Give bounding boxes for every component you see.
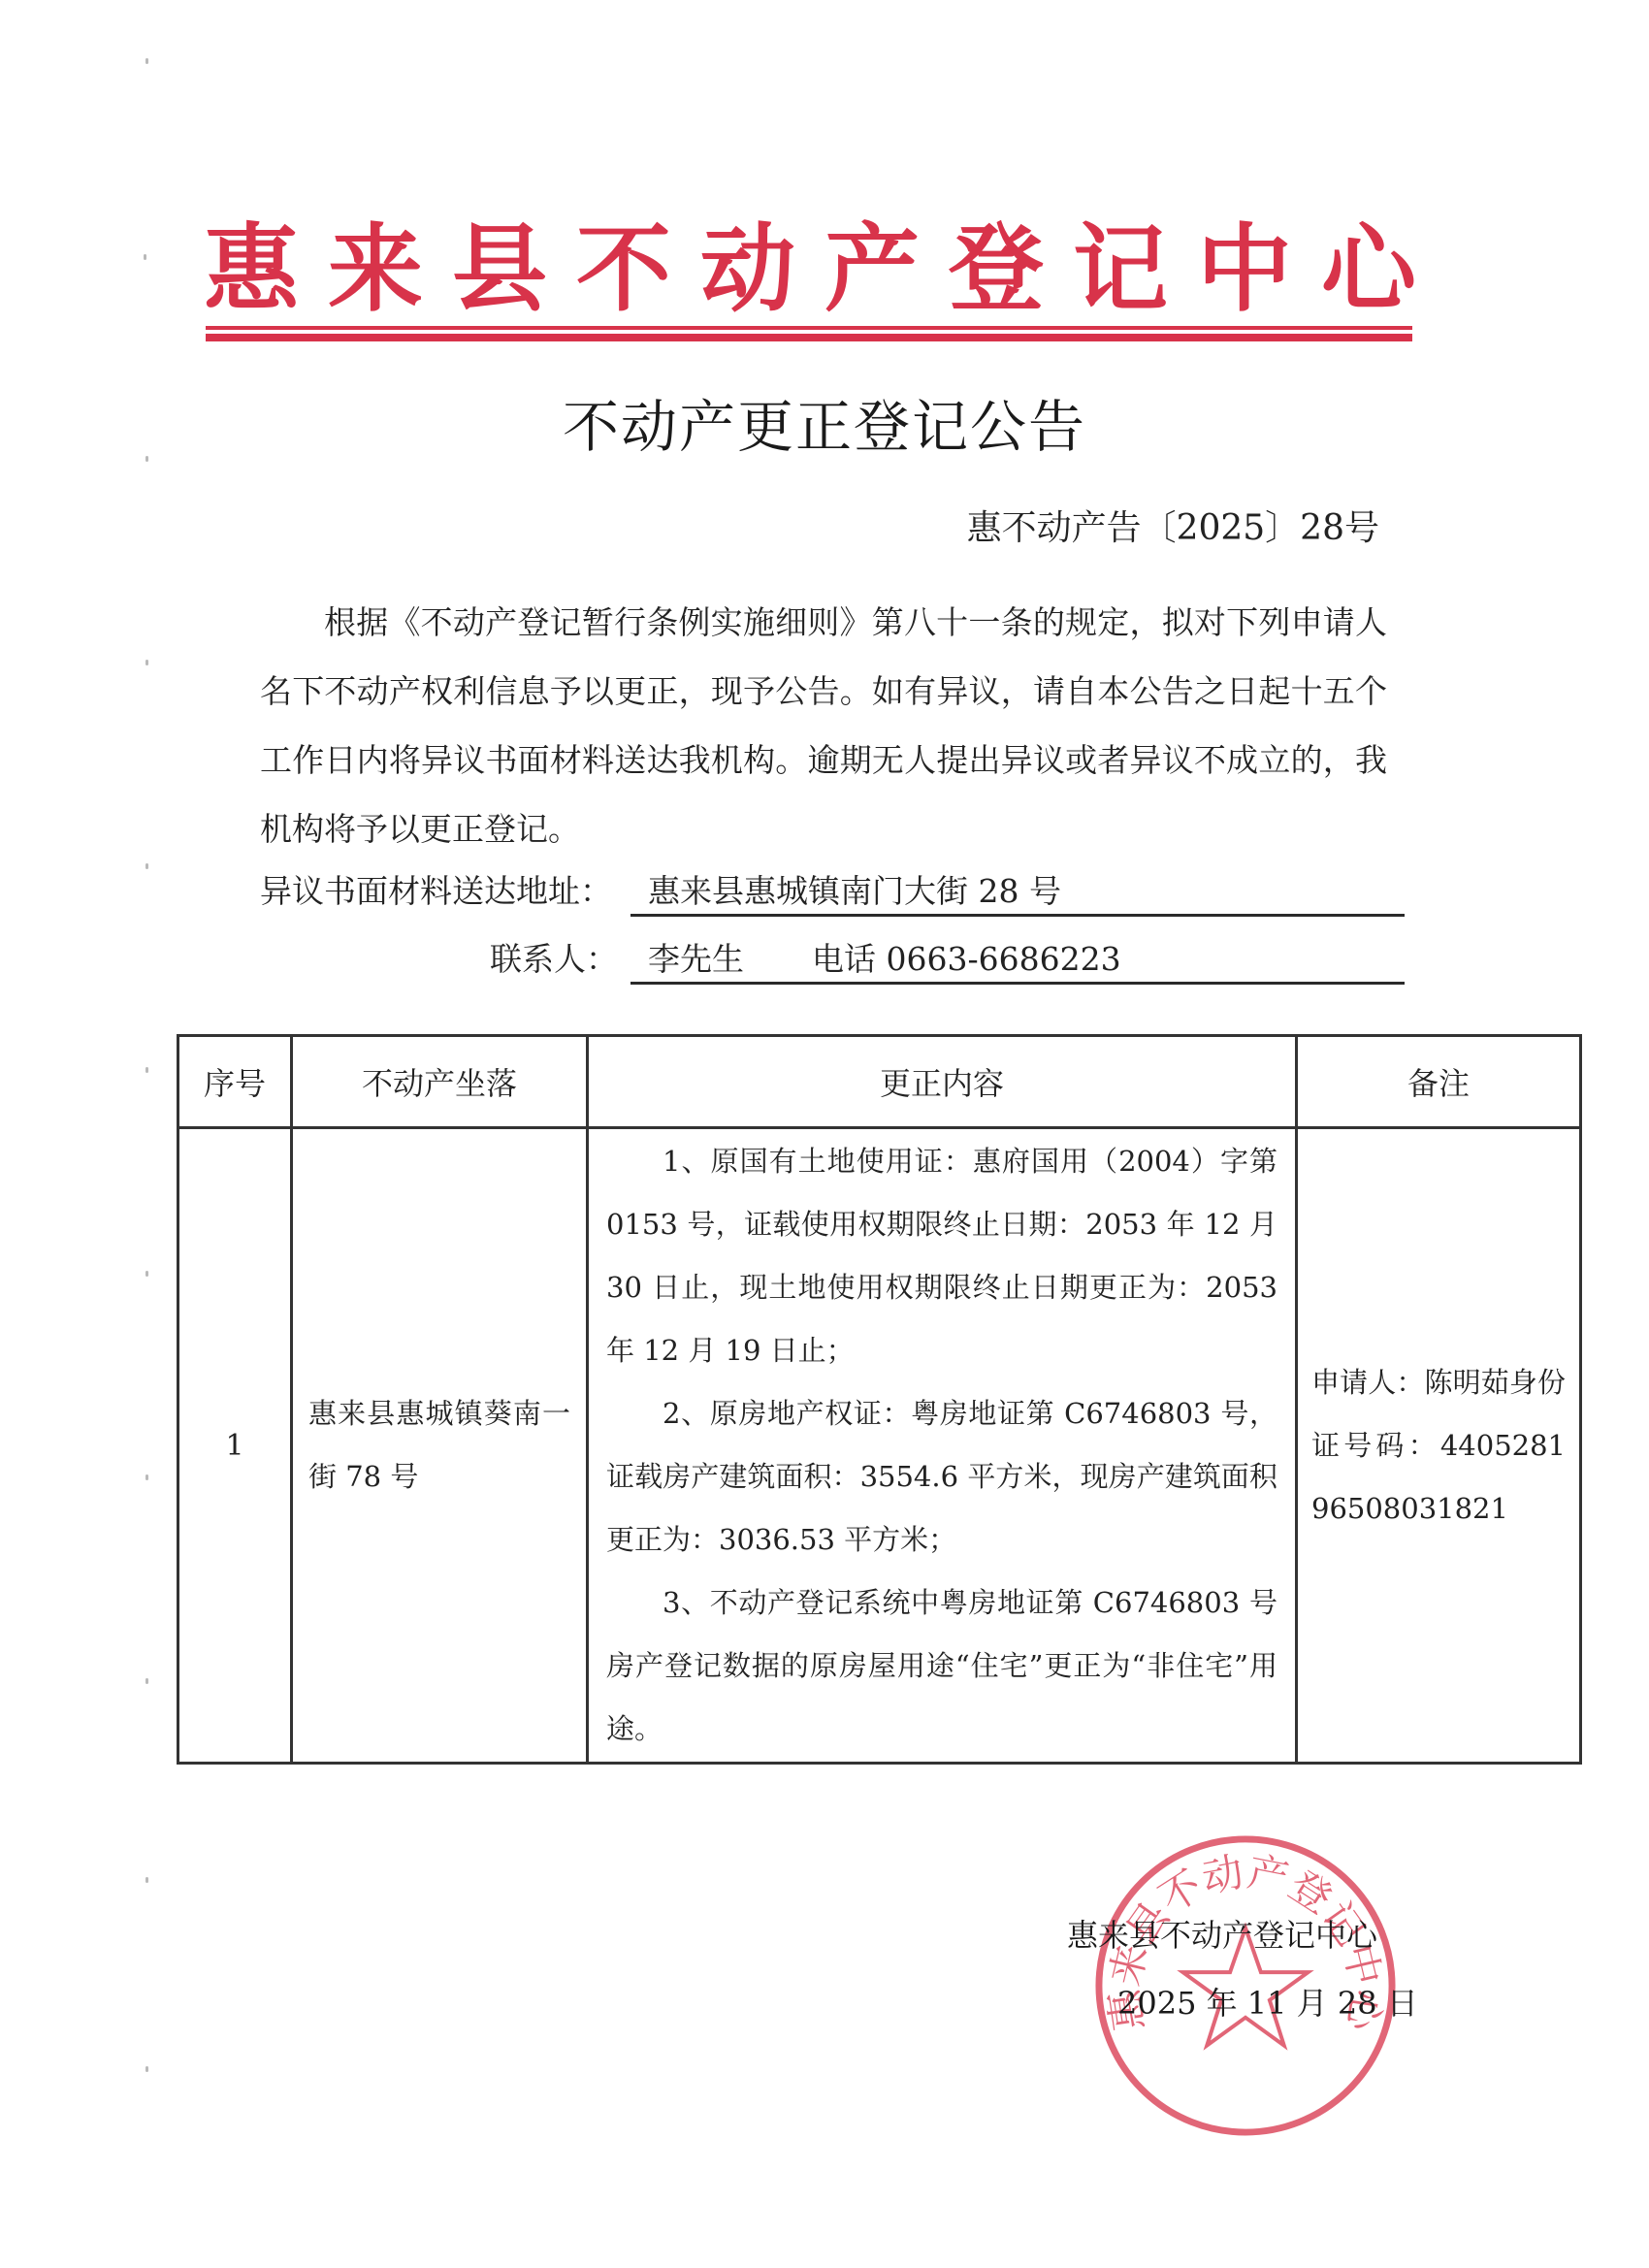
header-location: 不动产坐落 — [292, 1036, 588, 1128]
correction-item-3: 3、不动产登记系统中粤房地证第 C6746803 号房产登记数据的原房屋用途“住… — [606, 1571, 1277, 1761]
announcement-page: 惠来县不动产登记中心 不动产更正登记公告 惠不动产告〔2025〕28号 根据《不… — [0, 0, 1649, 2268]
remark-text: 申请人：陈明茹身份证号码：440528196508031821 — [1311, 1351, 1566, 1540]
contact-value: 李先生电话 0663-6686223 — [630, 935, 1405, 985]
scan-speck — [145, 1877, 148, 1883]
cell-remark: 申请人：陈明茹身份证号码：440528196508031821 — [1297, 1128, 1581, 1764]
contact-row: 联系人： 李先生电话 0663-6686223 — [490, 935, 618, 984]
document-number: 惠不动产告〔2025〕28号 — [967, 504, 1379, 553]
scan-speck — [144, 254, 146, 260]
correction-item-1: 1、原国有土地使用证：惠府国用（2004）字第 0153 号，证载使用权期限终止… — [606, 1130, 1277, 1382]
cell-location: 惠来县惠城镇葵南一街 78 号 — [292, 1128, 588, 1764]
objection-address-value: 惠来县惠城镇南门大街 28 号 — [630, 867, 1405, 917]
correction-item-2: 2、原房地产权证：粤房地证第 C6746803 号，证载房产建筑面积：3554.… — [606, 1382, 1277, 1571]
table-row: 1 惠来县惠城镇葵南一街 78 号 1、原国有土地使用证：惠府国用（2004）字… — [178, 1128, 1581, 1764]
location-text: 惠来县惠城镇葵南一街 78 号 — [308, 1382, 570, 1508]
scan-speck — [145, 1271, 148, 1277]
contact-name: 李先生 — [648, 940, 744, 978]
header-seq: 序号 — [178, 1036, 292, 1128]
letterhead-divider-thin — [206, 326, 1412, 330]
announcement-body: 根据《不动产登记暂行条例实施细则》第八十一条的规定，拟对下列申请人名下不动产权利… — [260, 588, 1387, 863]
scan-speck — [145, 1067, 148, 1073]
document-title: 不动产更正登记公告 — [0, 388, 1649, 466]
scan-speck — [145, 1474, 148, 1480]
contact-phone: 电话 0663-6686223 — [812, 940, 1121, 978]
scan-speck — [145, 58, 148, 64]
objection-address-label: 异议书面材料送达地址： — [260, 867, 612, 916]
signature-organization: 惠来县不动产登记中心 — [1067, 1911, 1377, 1960]
header-remark: 备注 — [1297, 1036, 1581, 1128]
letterhead-organization: 惠来县不动产登记中心 — [204, 211, 1411, 328]
letterhead-divider-thick — [206, 334, 1412, 341]
contact-label: 联系人： — [490, 935, 618, 984]
scan-speck — [145, 660, 148, 665]
scan-speck — [145, 1678, 148, 1684]
correction-table: 序号 不动产坐落 更正内容 备注 1 惠来县惠城镇葵南一街 78 号 1、原国有… — [177, 1034, 1582, 1765]
signature-date: 2025 年 11 月 28 日 — [1117, 1979, 1418, 2027]
scan-speck — [145, 863, 148, 869]
cell-corrections: 1、原国有土地使用证：惠府国用（2004）字第 0153 号，证载使用权期限终止… — [588, 1128, 1297, 1764]
cell-seq: 1 — [178, 1128, 292, 1764]
header-corrections: 更正内容 — [588, 1036, 1297, 1128]
scan-speck — [145, 2066, 148, 2072]
objection-address-row: 异议书面材料送达地址： 惠来县惠城镇南门大街 28 号 — [260, 867, 612, 916]
table-header-row: 序号 不动产坐落 更正内容 备注 — [178, 1036, 1581, 1128]
